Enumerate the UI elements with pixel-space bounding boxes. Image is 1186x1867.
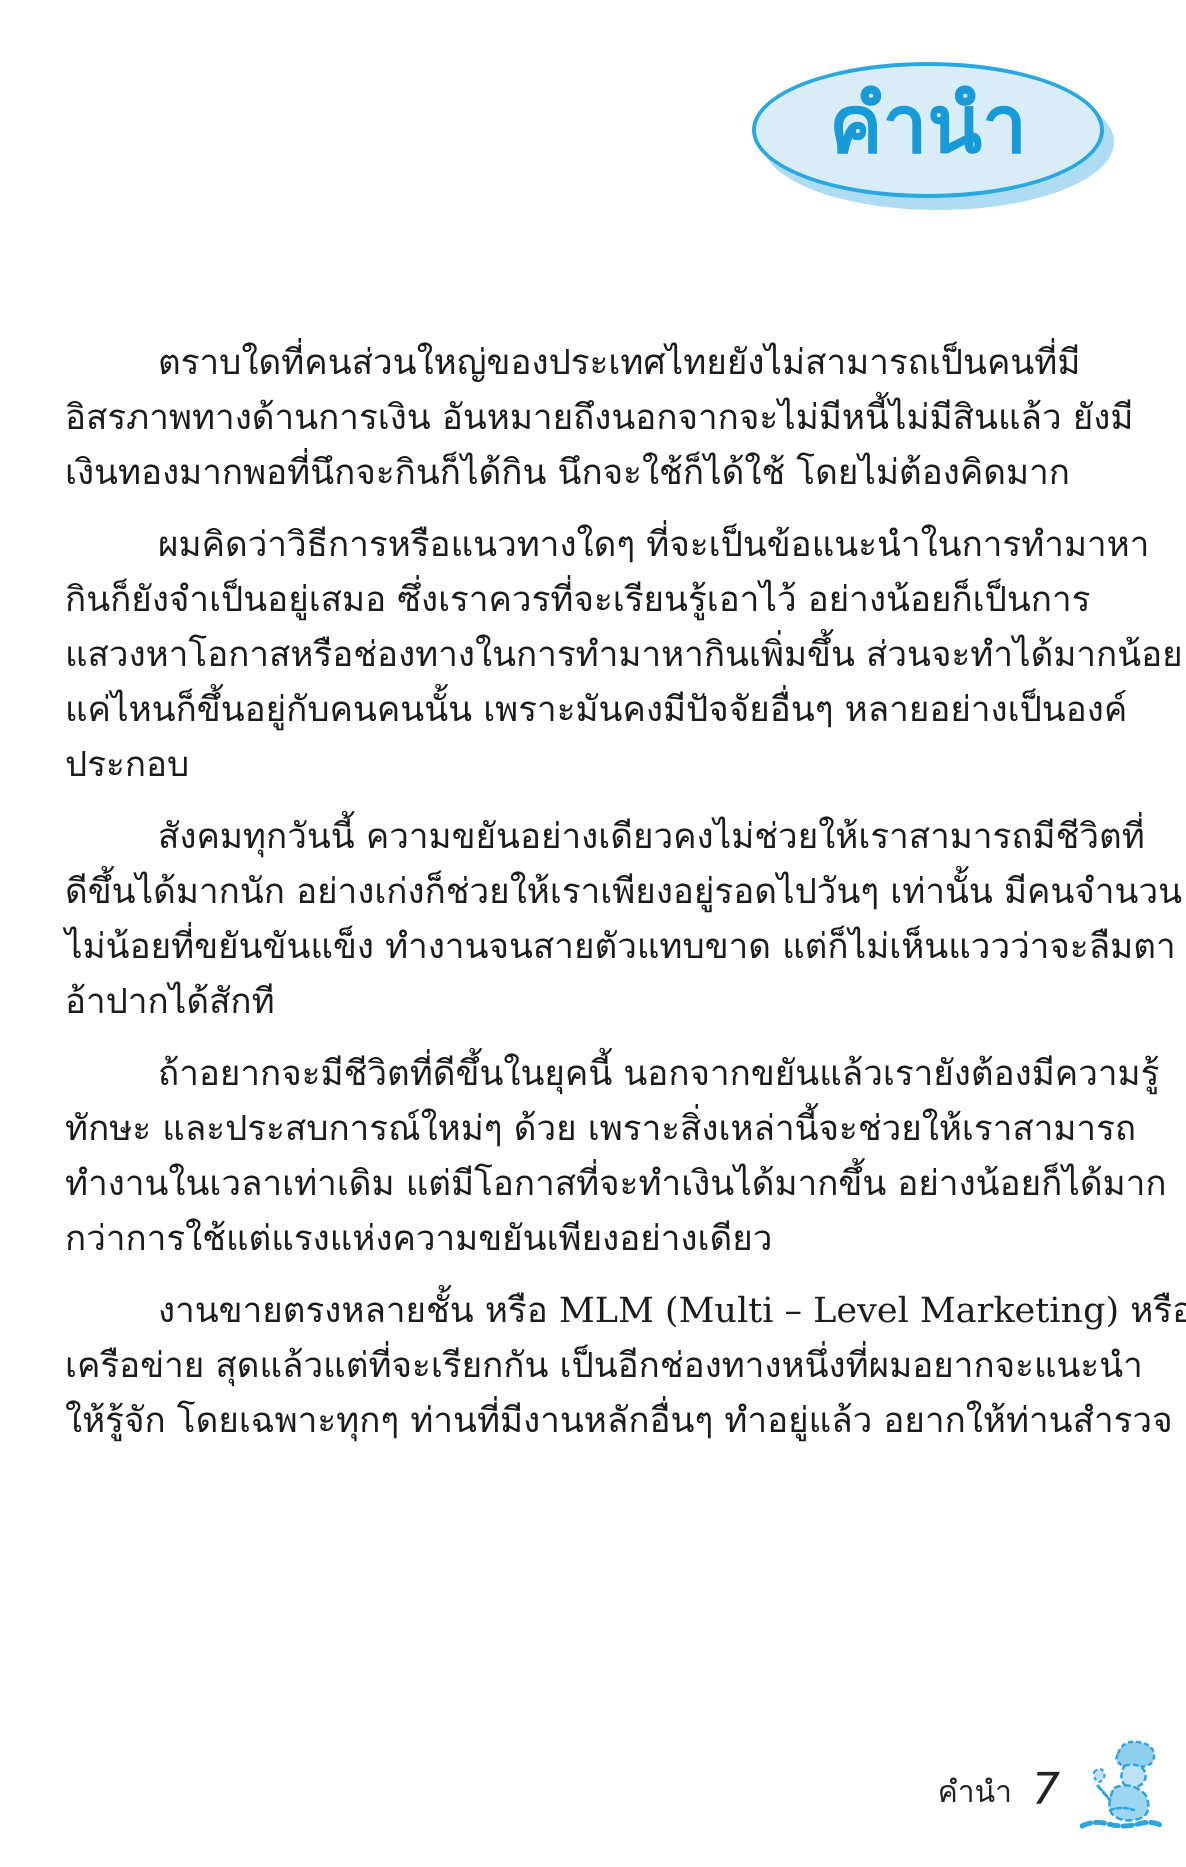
text-line: เงินทองมากพอที่นึกจะกินก็ได้กิน นึกจะใช้… [65,446,1123,501]
text-line: กว่าการใช้แต่แรงแห่งความขยันเพียงอย่างเด… [65,1212,1123,1267]
text-line: แค่ไหนก็ขึ้นอยู่กับคนคนนั้น เพราะมันคงมี… [65,683,1123,738]
text-line: อ้าปากได้สักที [65,975,1123,1030]
paragraph: สังคมทุกวันนี้ ความขยันอย่างเดียวคงไม่ช่… [65,810,1123,1030]
text-line: ประกอบ [65,738,1123,793]
paragraph: งานขายตรงหลายชั้น หรือ MLM (Multi – Leve… [65,1284,1123,1449]
text-line: ตราบใดที่คนส่วนใหญ่ของประเทศไทยยังไม่สาม… [65,336,1123,391]
person-writing-icon [1080,1738,1164,1834]
paragraph: ผมคิดว่าวิธีการหรือแนวทางใดๆ ที่จะเป็นข้… [65,518,1123,793]
text-line: ดีขึ้นได้มากนัก อย่างเก่งก็ช่วยให้เราเพี… [65,865,1123,920]
text-line: ผมคิดว่าวิธีการหรือแนวทางใดๆ ที่จะเป็นข้… [65,518,1123,573]
page-body: ตราบใดที่คนส่วนใหญ่ของประเทศไทยยังไม่สาม… [65,336,1123,1466]
page-footer: คำนำ 7 [938,1738,1164,1834]
text-line: เครือข่าย สุดแล้วแต่ที่จะเรียกกัน เป็นอี… [65,1339,1123,1394]
text-line: งานขายตรงหลายชั้น หรือ MLM (Multi – Leve… [65,1284,1123,1339]
text-line: ให้รู้จัก โดยเฉพาะทุกๆ ท่านที่มีงานหลักอ… [65,1394,1123,1449]
chapter-badge-label: คำนำ [829,85,1027,175]
text-line: อิสรภาพทางด้านการเงิน อันหมายถึงนอกจากจะ… [65,391,1123,446]
footer-section-label: คำนำ [938,1764,1012,1808]
text-line: ถ้าอยากจะมีชีวิตที่ดีขึ้นในยุคนี้ นอกจาก… [65,1047,1123,1102]
text-line: ทำงานในเวลาเท่าเดิม แต่มีโอกาสที่จะทำเงิ… [65,1157,1123,1212]
text-line: แสวงหาโอกาสหรือช่องทางในการทำมาหากินเพิ่… [65,628,1123,683]
text-line: กินก็ยังจำเป็นอยู่เสมอ ซึ่งเราควรที่จะเร… [65,573,1123,628]
paragraph: ถ้าอยากจะมีชีวิตที่ดีขึ้นในยุคนี้ นอกจาก… [65,1047,1123,1267]
text-line: ทักษะ และประสบการณ์ใหม่ๆ ด้วย เพราะสิ่งเ… [65,1102,1123,1157]
chapter-badge: คำนำ [752,62,1104,198]
paragraph: ตราบใดที่คนส่วนใหญ่ของประเทศไทยยังไม่สาม… [65,336,1123,501]
text-line: สังคมทุกวันนี้ ความขยันอย่างเดียวคงไม่ช่… [65,810,1123,865]
page-number: 7 [1032,1760,1060,1812]
text-line: ไม่น้อยที่ขยันขันแข็ง ทำงานจนสายตัวแทบขา… [65,920,1123,975]
